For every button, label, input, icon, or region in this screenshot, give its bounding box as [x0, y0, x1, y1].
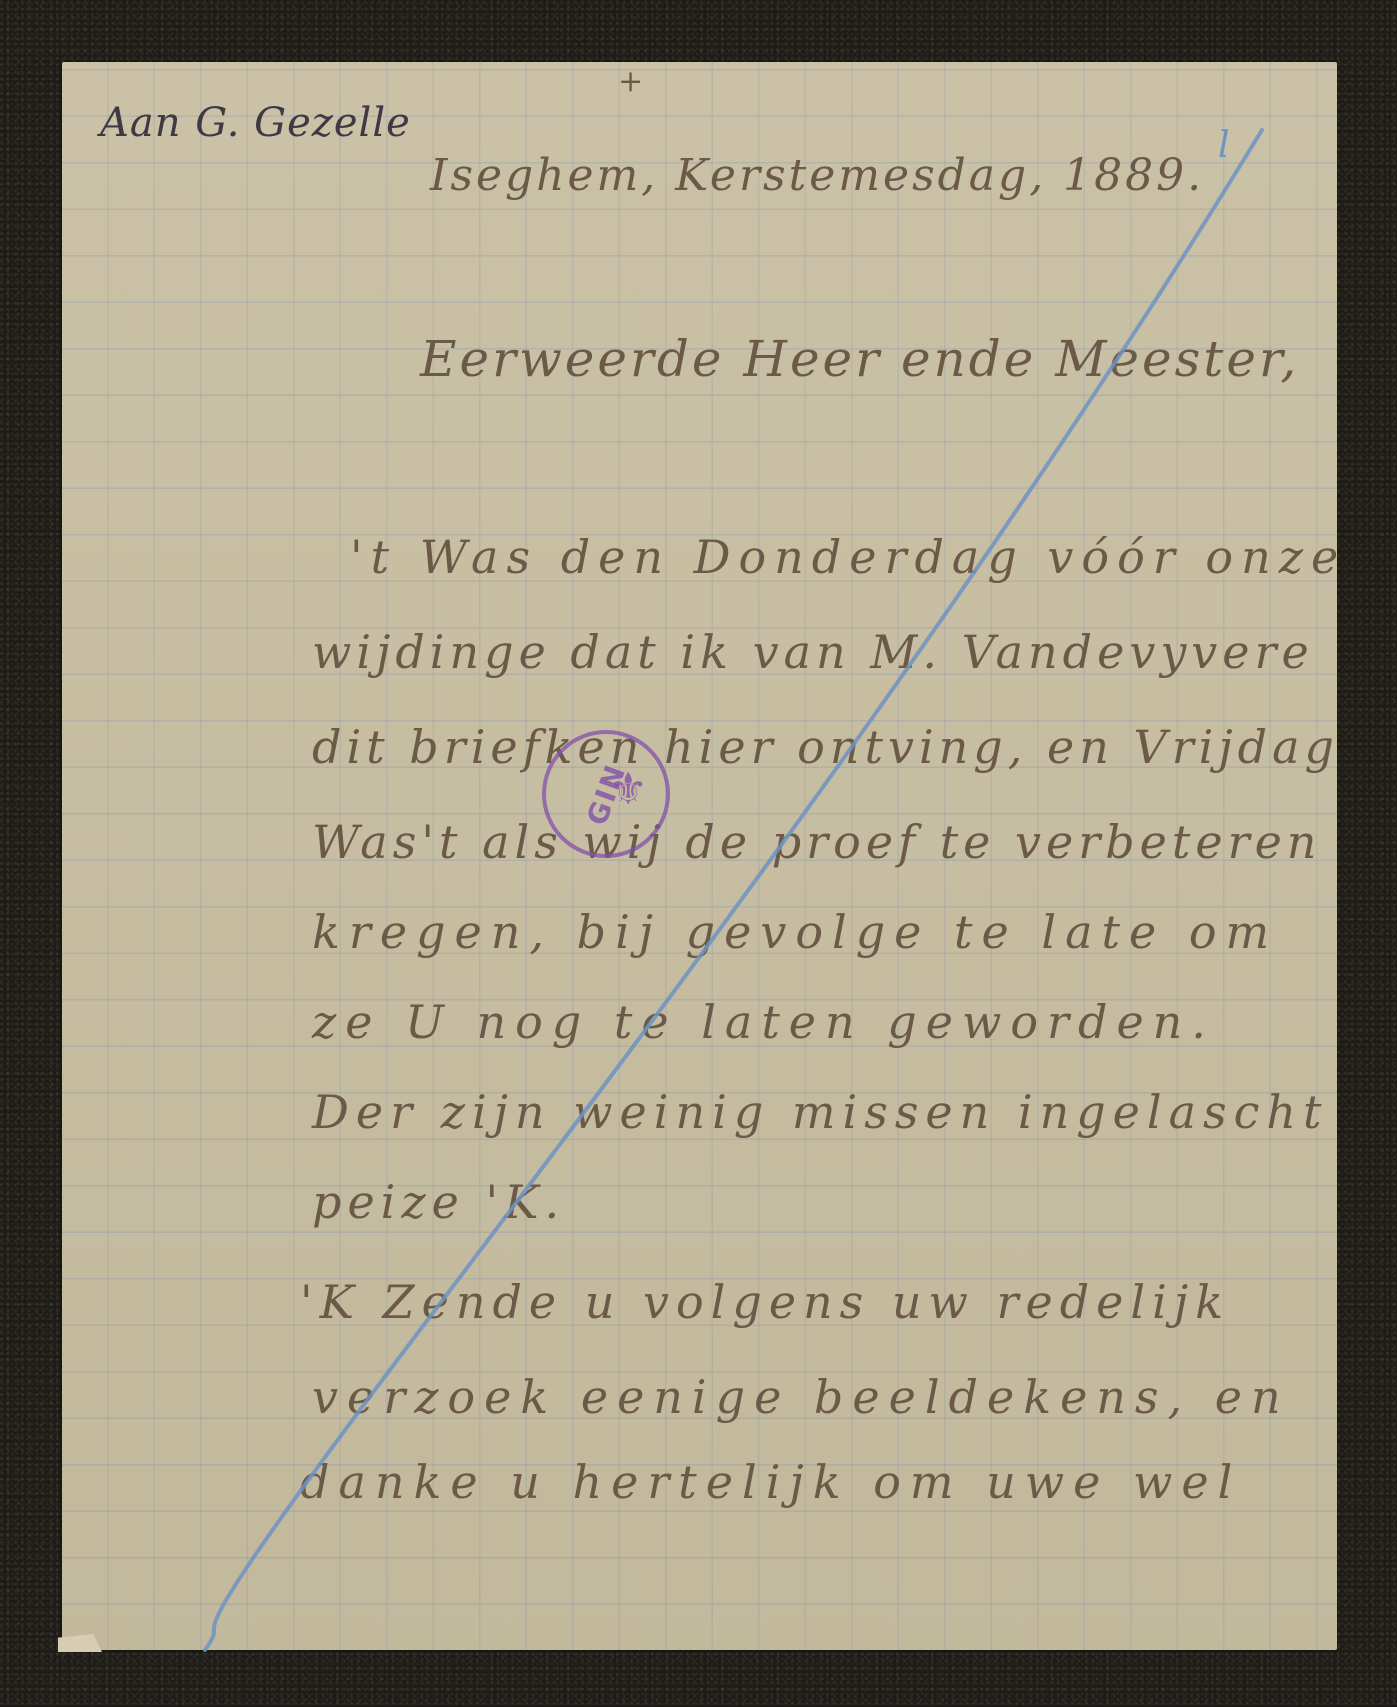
body-line-6: ze U nog te laten geworden.	[312, 995, 1215, 1049]
cross-mark: +	[618, 64, 643, 99]
body-line-11: danke u hertelijk om uwe wel	[300, 1455, 1241, 1509]
archive-stamp: GIN ⚜	[542, 730, 670, 858]
body-line-5: kregen, bij gevolge te late om	[312, 905, 1278, 959]
blue-pencil-mark: l	[1218, 125, 1230, 166]
body-line-9: 'K Zende u volgens uw redelijk	[300, 1275, 1230, 1329]
body-line-2: wijdinge dat ik van M. Vandevyvere	[312, 625, 1314, 679]
salutation: Eerweerde Heer ende Meester,	[420, 330, 1299, 388]
body-line-3: dit briefken hier ontving, en Vrijdag	[312, 720, 1339, 774]
fleur-de-lis-icon: ⚜	[609, 764, 648, 815]
recipient-annotation: Aan G. Gezelle	[100, 100, 411, 146]
body-line-4: Was't als wij de proef te verbeteren	[312, 815, 1321, 869]
torn-corner	[58, 1634, 102, 1652]
body-line-10: verzoek eenige beeldekens, en	[312, 1370, 1290, 1424]
body-line-8: peize 'K.	[312, 1175, 565, 1229]
place-date: Iseghem, Kerstemesdag, 1889.	[430, 150, 1204, 201]
body-line-1: 't Was den Donderdag vóór onze	[350, 530, 1346, 584]
body-line-7: Der zijn weinig missen ingelascht	[312, 1085, 1329, 1139]
